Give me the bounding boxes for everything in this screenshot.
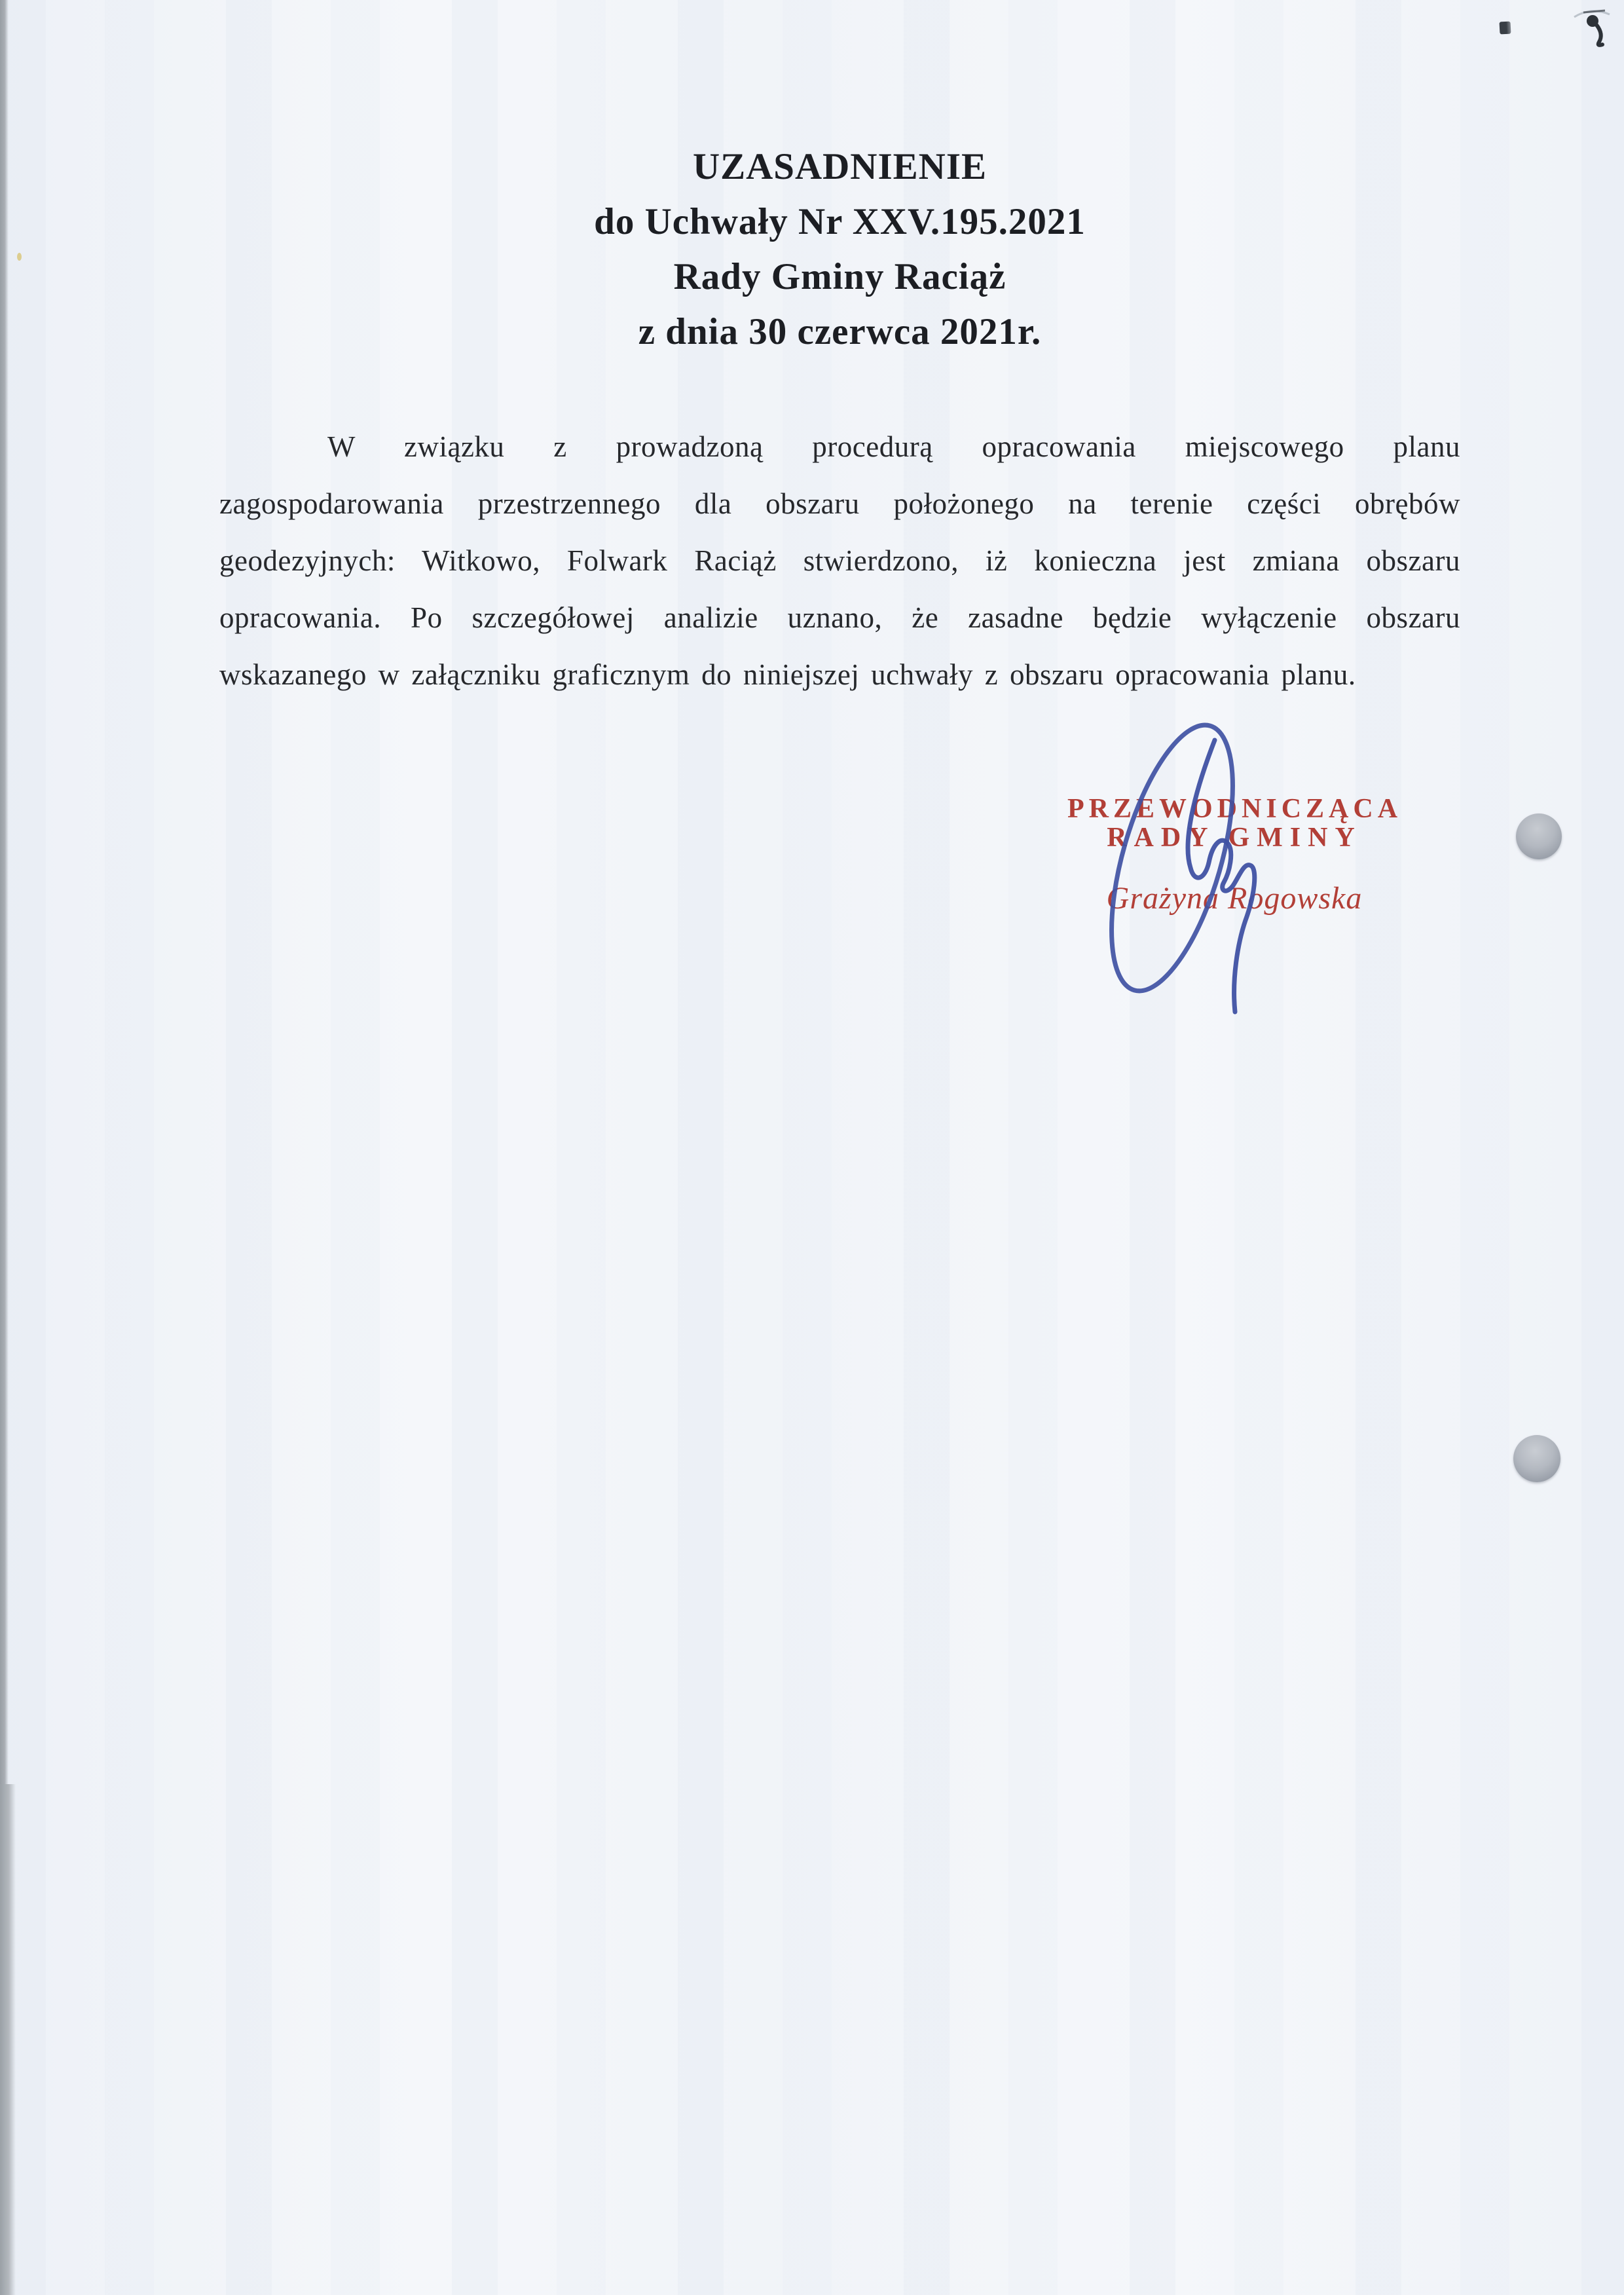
paragraph-line-1: W związku z prowadzoną procedurą opracow… <box>219 419 1460 476</box>
resolution-number-line: do Uchwały Nr XXV.195.2021 <box>219 195 1460 250</box>
resolution-date-line: z dnia 30 czerwca 2021r. <box>219 305 1460 360</box>
hole-punch-top <box>1516 813 1562 859</box>
paragraph-line-5: wskazanego w załączniku graficznym do ni… <box>219 646 1460 703</box>
paragraph-line-3: geodezyjnych: Witkowo, Folwark Raciąż st… <box>219 532 1460 589</box>
document-header: UZASADNIENIE do Uchwały Nr XXV.195.2021 … <box>219 140 1460 360</box>
scanned-document-page: UZASADNIENIE do Uchwały Nr XXV.195.2021 … <box>0 0 1624 2295</box>
paragraph-line-2: zagospodarowania przestrzennego dla obsz… <box>219 476 1460 532</box>
paragraph-line-4: opracowania. Po szczegółowej analizie uz… <box>219 589 1460 646</box>
council-name-line: Rady Gminy Raciąż <box>219 250 1460 305</box>
scan-speck <box>17 253 22 261</box>
ink-smudge <box>1500 22 1511 35</box>
signature-flourish <box>1188 740 1255 1012</box>
justification-paragraph: W związku z prowadzoną procedurą opracow… <box>219 419 1460 703</box>
document-title: UZASADNIENIE <box>219 140 1460 195</box>
handwritten-signature-ink <box>1080 704 1316 1045</box>
pen-mark-icon <box>1570 1 1616 54</box>
scan-edge-artifact-bottom <box>0 1784 16 2295</box>
hole-punch-bottom <box>1513 1435 1560 1482</box>
